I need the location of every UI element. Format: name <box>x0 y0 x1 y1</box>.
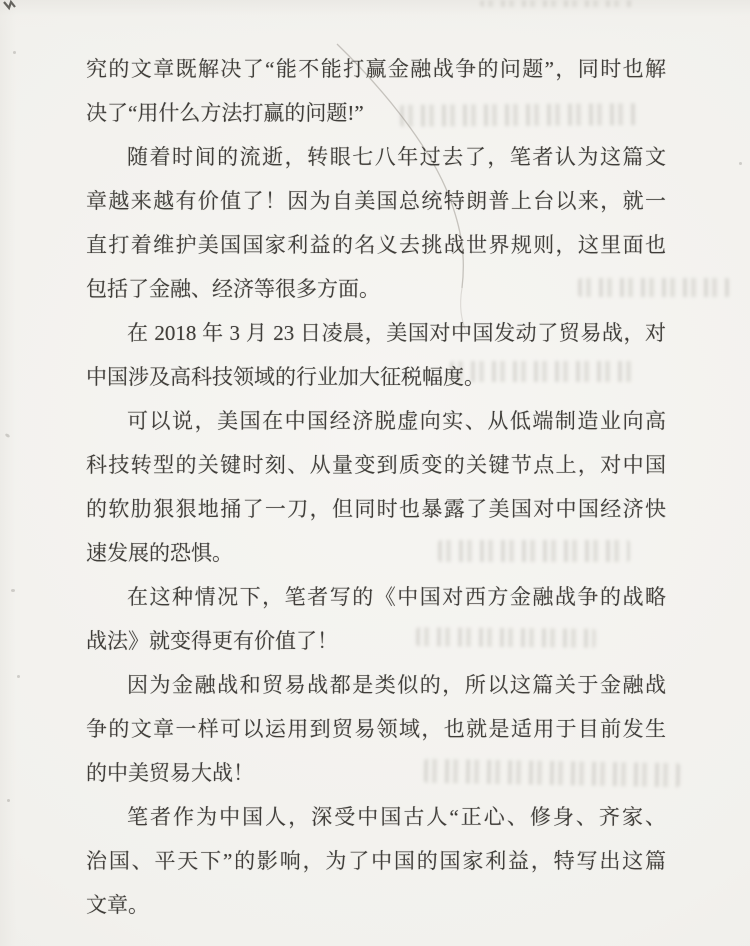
text-line: 可以说，美国在中国经济脱虚向实、从低端制造业向高 <box>86 399 666 443</box>
text-line: 在这种情况下，笔者写的《中国对西方金融战争的战略 <box>86 575 666 619</box>
text-line: 战法》就变得更有价值了！ <box>86 619 666 663</box>
bleedthrough-artifact <box>480 0 635 7</box>
text-line: 文章。 <box>86 883 666 927</box>
text-line: 随着时间的流逝，转眼七八年过去了，笔者认为这篇文 <box>86 135 666 179</box>
text-line: 究的文章既解决了“能不能打赢金融战争的问题”，同时也解 <box>86 47 666 91</box>
dust-speck <box>11 589 15 592</box>
text-line: 速发展的恐惧。 <box>86 531 666 575</box>
text-line: 治国、平天下”的影响，为了中国的国家利益，特写出这篇 <box>86 839 666 883</box>
text-line: 章越来越有价值了！因为自美国总统特朗普上台以来，就一 <box>86 179 666 223</box>
dust-speck <box>13 51 16 54</box>
dust-speck <box>5 433 11 438</box>
text-line: 包括了金融、经济等很多方面。 <box>86 267 666 311</box>
dust-speck <box>7 799 10 802</box>
text-line: 中国涉及高科技领域的行业加大征税幅度。 <box>86 355 666 399</box>
text-line: 科技转型的关键时刻、从量变到质变的关键节点上，对中国 <box>86 443 666 487</box>
text-line: 笔者作为中国人，深受中国古人“正心、修身、齐家、 <box>86 795 666 839</box>
text-line: 争的文章一样可以运用到贸易领域，也就是适用于目前发生 <box>86 707 666 751</box>
text-line: 的中美贸易大战！ <box>86 751 666 795</box>
text-line: 的软肋狠狠地捅了一刀，但同时也暴露了美国对中国经济快 <box>86 487 666 531</box>
text-line: 在 2018 年 3 月 23 日凌晨，美国对中国发动了贸易战，对 <box>86 311 666 355</box>
ink-mark-top-left <box>4 2 15 8</box>
page-text-block: 究的文章既解决了“能不能打赢金融战争的问题”，同时也解 决了“用什么方法打赢的问… <box>86 47 666 927</box>
dust-speck <box>739 162 742 165</box>
text-line: 因为金融战和贸易战都是类似的，所以这篇关于金融战 <box>86 663 666 707</box>
text-line: 决了“用什么方法打赢的问题!” <box>86 91 666 135</box>
text-line: 直打着维护美国国家利益的名义去挑战世界规则，这里面也 <box>86 223 666 267</box>
scanned-page: 究的文章既解决了“能不能打赢金融战争的问题”，同时也解 决了“用什么方法打赢的问… <box>0 0 750 946</box>
dust-speck <box>17 675 20 678</box>
